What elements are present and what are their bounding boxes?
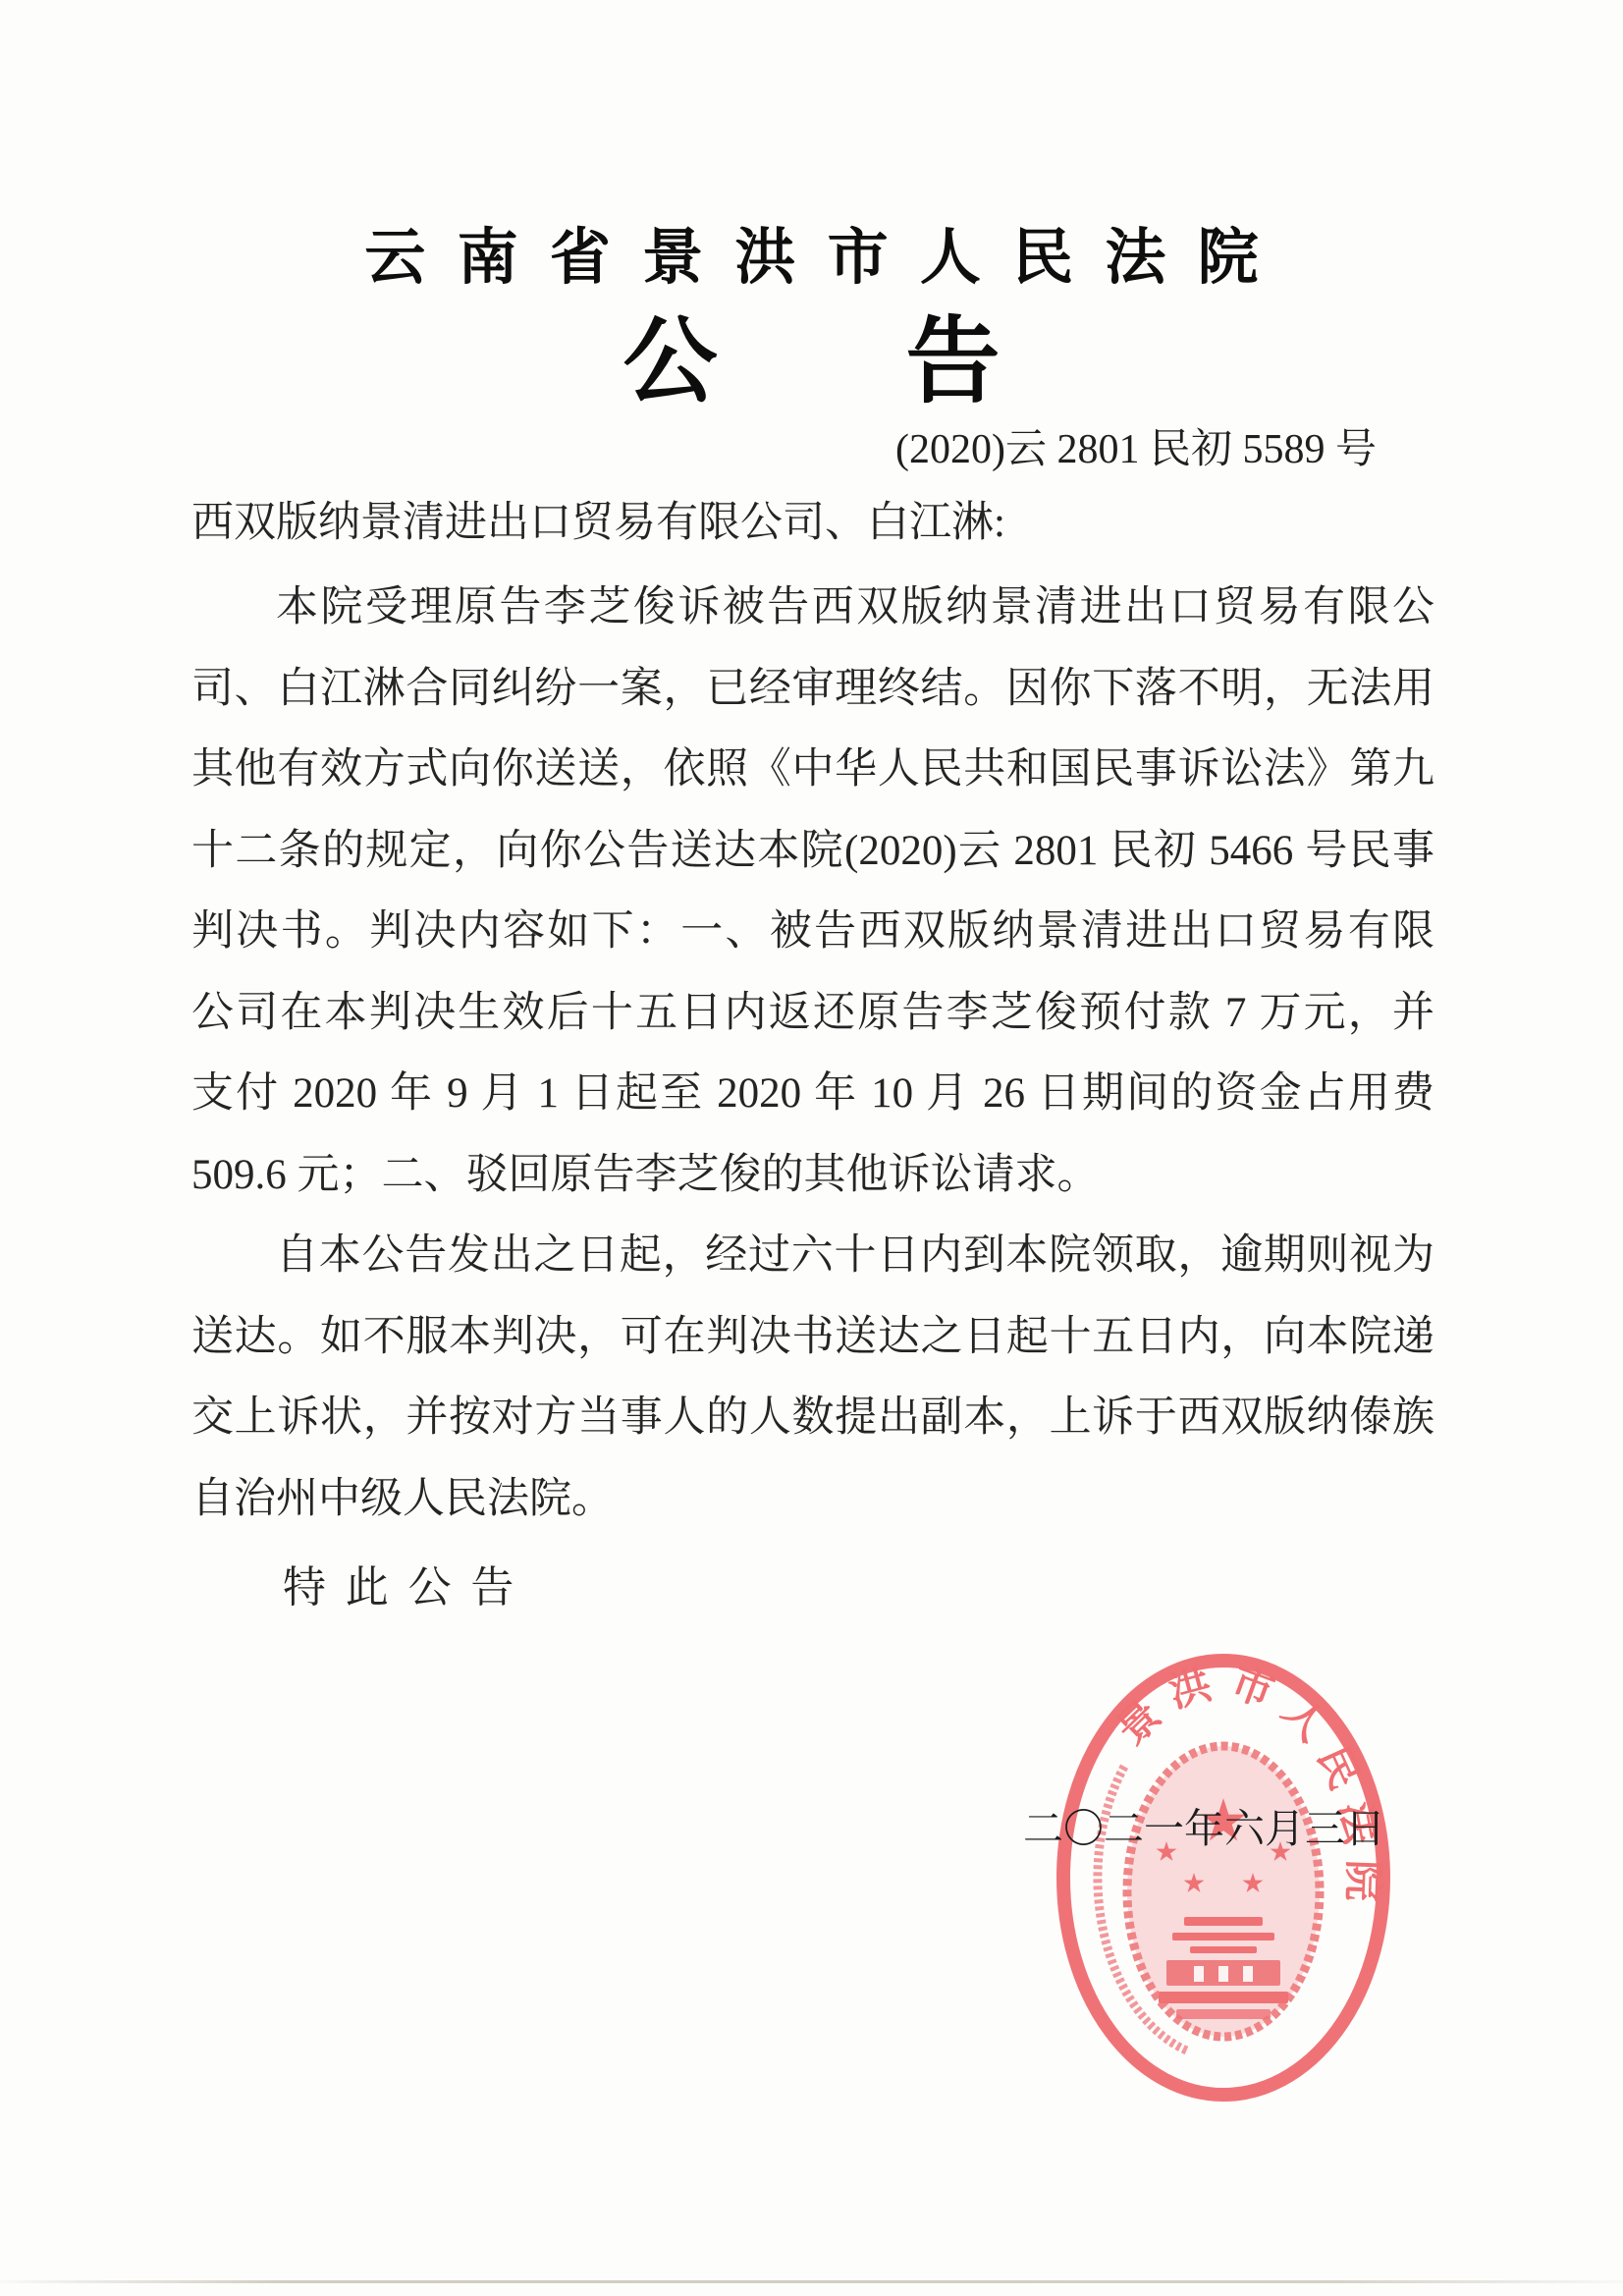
body-line: 十二条的规定，向你公告送达本院(2020)云 2801 民初 5466 号民事 bbox=[191, 811, 1434, 893]
body-line: 本院受理原告李芝俊诉被告西双版纳景清进出口贸易有限公 bbox=[191, 568, 1434, 649]
body-text: 本院受理原告李芝俊诉被告西双版纳景清进出口贸易有限公 司、白江淋合同纠纷一案，已… bbox=[191, 568, 1434, 1540]
body-line: 509.6 元；二、驳回原告李芝俊的其他诉讼请求。 bbox=[191, 1135, 1434, 1217]
addressee-line: 西双版纳景清进出口贸易有限公司、白江淋: bbox=[191, 489, 1434, 549]
court-seal-stamp: 景洪市人民法院 bbox=[1049, 1646, 1398, 2109]
case-number: (2020)云 2801 民初 5589 号 bbox=[0, 416, 1623, 475]
notice-title: 公 告 bbox=[0, 287, 1623, 421]
body-line: 支付 2020 年 9 月 1 日起至 2020 年 10 月 26 日期间的资… bbox=[191, 1054, 1434, 1135]
body-line: 自治州中级人民法院。 bbox=[191, 1459, 1434, 1541]
body-line: 交上诉状，并按对方当事人的人数提出副本，上诉于西双版纳傣族 bbox=[191, 1378, 1434, 1459]
document-date: 二〇二一年六月三日 bbox=[1023, 1796, 1385, 1854]
body-line: 送达。如不服本判决，可在判决书送达之日起十五日内，向本院递 bbox=[191, 1297, 1434, 1379]
sign-off-line: 特此公告 bbox=[283, 1552, 533, 1614]
body-line: 公司在本判决生效后十五日内返还原告李芝俊预付款 7 万元，并 bbox=[191, 973, 1434, 1055]
body-line: 其他有效方式向你送送，依照《中华人民共和国民事诉讼法》第九 bbox=[191, 730, 1434, 811]
body-line: 自本公告发出之日起，经过六十日内到本院领取，逾期则视为 bbox=[191, 1216, 1434, 1297]
court-name-title: 云南省景洪市人民法院 bbox=[0, 208, 1623, 296]
document-page: 云南省景洪市人民法院 公 告 (2020)云 2801 民初 5589 号 西双… bbox=[0, 0, 1623, 2296]
seal-national-emblem bbox=[1127, 1746, 1320, 2037]
body-line: 司、白江淋合同纠纷一案，已经审理终结。因你下落不明，无法用 bbox=[191, 649, 1434, 731]
body-line: 判决书。判决内容如下：一、被告西双版纳景清进出口贸易有限 bbox=[191, 892, 1434, 973]
scan-edge-artifact bbox=[0, 2280, 1623, 2283]
